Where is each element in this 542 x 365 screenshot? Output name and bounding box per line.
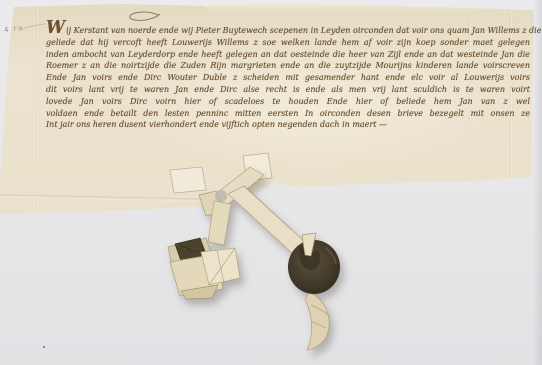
manuscript-line: Roemer z an die noirtzijde die Zuden Rij… — [46, 60, 530, 72]
packet-bottom-flap — [181, 285, 218, 299]
left-seal-wax-fragment — [175, 238, 207, 261]
fold-crease-left — [36, 6, 39, 212]
manuscript-line: geliede dat hij vercoft heeft Louwerijs … — [46, 37, 530, 49]
right-wax-seal — [288, 233, 340, 350]
tag-strip-to-left-seal — [208, 201, 231, 245]
manuscript-line: inden ambocht van Leyderdorp ende heeft … — [46, 48, 530, 60]
manuscript-line: Wij Kerstant van noerde ende wij Pieter … — [46, 23, 530, 37]
plica-fold-line — [0, 194, 268, 203]
manuscript-line: lovede Jan voirs Dirc voirn hier of scad… — [46, 96, 530, 108]
packet-back-flap — [168, 238, 213, 266]
manuscript-line: dit voirs lant vrij te waren Jan ende Di… — [46, 84, 530, 96]
manuscript-line: Int jair ons heren dusent vierhondert en… — [46, 119, 530, 131]
wax-highlight — [326, 248, 336, 264]
manuscript-line: voldaen ende betailt den lesten penninc … — [46, 107, 530, 119]
seal-tail-strip — [305, 292, 329, 350]
manuscript-text-block: Wij Kerstant van noerde ende wij Pieter … — [46, 23, 530, 131]
packet-front-face — [170, 254, 223, 296]
wax-fragment-texture — [181, 246, 198, 252]
packet-right-flap — [201, 248, 240, 285]
wax-seal-body — [288, 240, 340, 294]
tail-fold-lines — [311, 305, 328, 328]
manuscript-line: Ende Jan voirs ende Dirc Wouter Duble z … — [46, 72, 530, 84]
tag-tip-in-notch — [302, 233, 316, 256]
packet-crease-lines — [209, 248, 235, 285]
left-seal-packet — [168, 238, 240, 299]
wax-seal-impression — [300, 246, 320, 270]
dust-speck — [43, 346, 45, 348]
charter-photograph: 4 ra Wij Kerstant van noerde ende wij Pi… — [0, 0, 542, 365]
